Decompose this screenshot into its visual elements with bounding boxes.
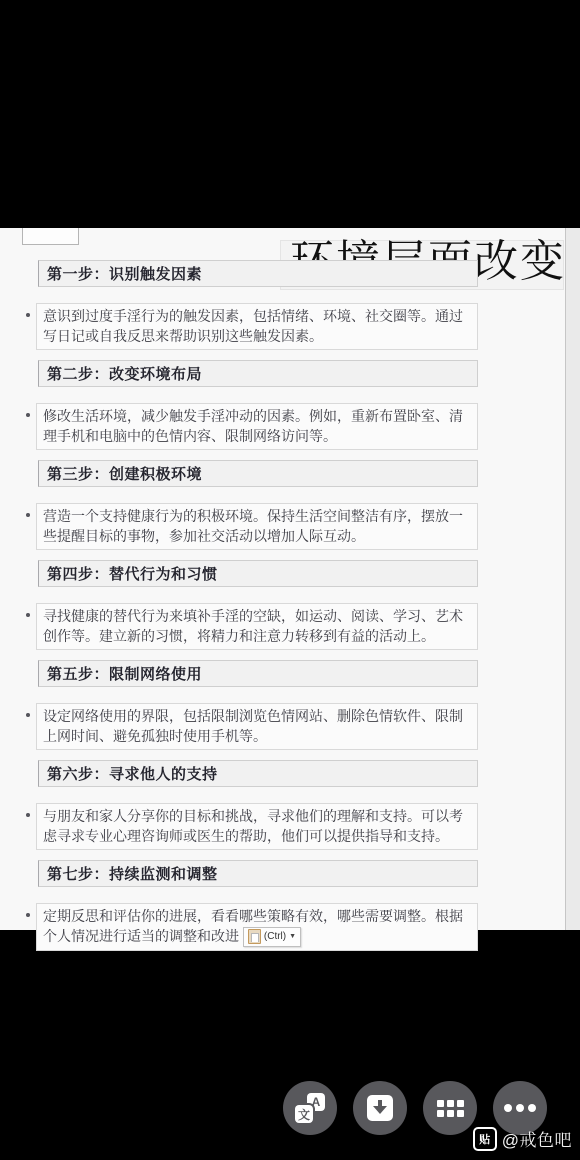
- section-heading: 第六步：寻求他人的支持: [38, 760, 478, 787]
- section-heading-text: 第三步：创建积极环境: [47, 463, 202, 484]
- section-body-text: 与朋友和家人分享你的目标和挑战，寻求他们的理解和支持。可以考虑寻求专业心理咨询师…: [43, 808, 463, 844]
- grid-button[interactable]: [423, 1081, 477, 1135]
- section-heading: 第四步：替代行为和习惯: [38, 560, 478, 587]
- section-heading: 第一步：识别触发因素: [38, 260, 478, 287]
- paste-options-label: (Ctrl): [264, 927, 286, 947]
- document-section: 第四步：替代行为和习惯 寻找健康的替代行为来填补手淫的空缺，如运动、阅读、学习、…: [0, 560, 580, 650]
- section-bullet-paragraph: 定期反思和评估你的进展，看看哪些策略有效，哪些需要调整。根据个人情况进行适当的调…: [36, 903, 478, 951]
- download-icon: [367, 1095, 393, 1121]
- section-heading-text: 第四步：替代行为和习惯: [47, 563, 218, 584]
- clipboard-icon: [248, 929, 261, 944]
- section-heading-text: 第七步：持续监测和调整: [47, 863, 218, 884]
- section-heading: 第三步：创建积极环境: [38, 460, 478, 487]
- document-section: 第二步：改变环境布局 修改生活环境，减少触发手淫冲动的因素。例如，重新布置卧室、…: [0, 360, 580, 450]
- watermark-handle: @戒色吧: [502, 1126, 572, 1151]
- section-body-text: 修改生活环境，减少触发手淫冲动的因素。例如，重新布置卧室、清理手机和电脑中的色情…: [43, 408, 463, 444]
- section-bullet-paragraph: 寻找健康的替代行为来填补手淫的空缺，如运动、阅读、学习、艺术创作等。建立新的习惯…: [36, 603, 478, 650]
- bullet-dot-icon: [26, 313, 30, 317]
- document-section: 第五步：限制网络使用 设定网络使用的界限，包括限制浏览色情网站、删除色情软件、限…: [0, 660, 580, 750]
- translate-button[interactable]: A 文: [283, 1081, 337, 1135]
- tieba-badge-icon: 贴: [473, 1127, 497, 1151]
- download-button[interactable]: [353, 1081, 407, 1135]
- section-body-text: 设定网络使用的界限，包括限制浏览色情网站、删除色情软件、限制上网时间、避免孤独时…: [43, 708, 463, 744]
- section-bullet-paragraph: 营造一个支持健康行为的积极环境。保持生活空间整洁有序，摆放一些提醒目标的事物，参…: [36, 503, 478, 550]
- chevron-down-icon: ▼: [289, 933, 296, 940]
- section-body-text: 营造一个支持健康行为的积极环境。保持生活空间整洁有序，摆放一些提醒目标的事物，参…: [43, 508, 463, 544]
- bullet-dot-icon: [26, 813, 30, 817]
- paste-options-button[interactable]: (Ctrl) ▼: [243, 927, 301, 947]
- more-icon: [504, 1104, 536, 1112]
- document-section: 第三步：创建积极环境 营造一个支持健康行为的积极环境。保持生活空间整洁有序，摆放…: [0, 460, 580, 550]
- translate-cjk-glyph: 文: [295, 1105, 313, 1123]
- section-bullet-paragraph: 设定网络使用的界限，包括限制浏览色情网站、删除色情软件、限制上网时间、避免孤独时…: [36, 703, 478, 750]
- section-heading-text: 第六步：寻求他人的支持: [47, 763, 218, 784]
- grid-icon: [437, 1100, 464, 1117]
- document-section: 第一步：识别触发因素 意识到过度手淫行为的触发因素，包括情绪、环境、社交圈等。通…: [0, 260, 580, 350]
- section-bullet-paragraph: 修改生活环境，减少触发手淫冲动的因素。例如，重新布置卧室、清理手机和电脑中的色情…: [36, 403, 478, 450]
- bullet-dot-icon: [26, 913, 30, 917]
- section-heading: 第五步：限制网络使用: [38, 660, 478, 687]
- section-body-text: 意识到过度手淫行为的触发因素，包括情绪、环境、社交圈等。通过写日记或自我反思来帮…: [43, 308, 463, 344]
- section-bullet-paragraph: 意识到过度手淫行为的触发因素，包括情绪、环境、社交圈等。通过写日记或自我反思来帮…: [36, 303, 478, 350]
- document-section: 第七步：持续监测和调整 定期反思和评估你的进展，看看哪些策略有效，哪些需要调整。…: [0, 860, 580, 951]
- bullet-dot-icon: [26, 413, 30, 417]
- translate-icon: A 文: [295, 1093, 325, 1123]
- section-heading-text: 第五步：限制网络使用: [47, 663, 202, 684]
- bullet-dot-icon: [26, 513, 30, 517]
- section-bullet-paragraph: 与朋友和家人分享你的目标和挑战，寻求他们的理解和支持。可以考虑寻求专业心理咨询师…: [36, 803, 478, 850]
- section-heading-text: 第一步：识别触发因素: [47, 263, 202, 284]
- document-sheet: 环境层面改变 第一步：识别触发因素 意识到过度手淫行为的触发因素，包括情绪、环境…: [0, 228, 580, 930]
- section-body-text: 寻找健康的替代行为来填补手淫的空缺，如运动、阅读、学习、艺术创作等。建立新的习惯…: [43, 608, 463, 644]
- document-section: 第六步：寻求他人的支持 与朋友和家人分享你的目标和挑战，寻求他们的理解和支持。可…: [0, 760, 580, 850]
- bullet-dot-icon: [26, 713, 30, 717]
- section-heading: 第七步：持续监测和调整: [38, 860, 478, 887]
- document-sections: 第一步：识别触发因素 意识到过度手淫行为的触发因素，包括情绪、环境、社交圈等。通…: [0, 228, 580, 961]
- section-heading-text: 第二步：改变环境布局: [47, 363, 202, 384]
- bullet-dot-icon: [26, 613, 30, 617]
- section-heading: 第二步：改变环境布局: [38, 360, 478, 387]
- watermark: 贴 @戒色吧: [473, 1126, 572, 1151]
